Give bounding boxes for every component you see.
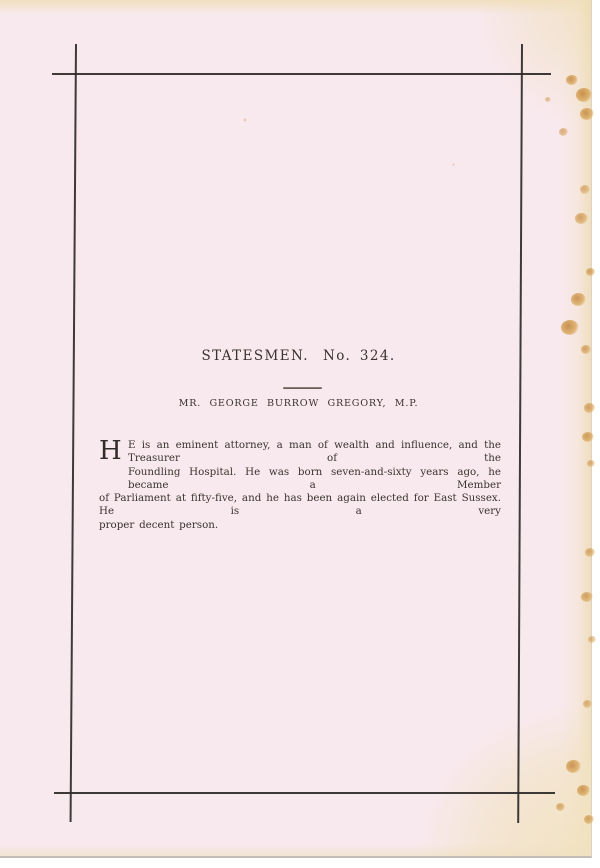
foxing-stain: [545, 97, 551, 102]
paragraph-line: E is an eminent attorney, a man of wealt…: [99, 439, 501, 466]
foxing-stain: [587, 460, 595, 467]
paper-bottom-edge: [0, 844, 591, 856]
foxing-stain: [588, 636, 596, 643]
subject-name: MR. GEORGE BURROW GREGORY, M.P.: [75, 398, 522, 409]
foxing-stain: [576, 88, 592, 102]
frame-bottom-rule: [54, 792, 555, 794]
foxing-stain: [584, 403, 595, 413]
foxing-stain: [583, 700, 592, 708]
foxing-stain: [559, 128, 568, 136]
foxing-stain: [575, 213, 588, 224]
foxing-stain: [566, 760, 581, 773]
foxing-stain: [585, 548, 595, 557]
paper-speck: [243, 118, 247, 122]
scanned-page: STATESMEN.No. 324. MR. GEORGE BURROW GRE…: [0, 0, 592, 858]
series-number: No. 324.: [323, 348, 396, 364]
paragraph-line: proper decent person.: [99, 519, 501, 532]
paragraph-line: Foundling Hospital. He was born seven-an…: [99, 466, 501, 493]
series-title: STATESMEN.: [201, 348, 309, 364]
foxing-stain: [577, 785, 590, 796]
paragraph-line: of Parliament at fifty-five, and he has …: [99, 492, 501, 519]
foxing-stain: [580, 185, 590, 194]
paper-speck: [452, 163, 455, 166]
foxing-stain: [566, 75, 578, 85]
foxing-stain: [582, 432, 594, 442]
foxing-stain: [581, 592, 593, 602]
frame-top-rule: [52, 73, 551, 75]
paper-bottom-right-toning: [421, 706, 591, 856]
foxing-stain: [561, 320, 579, 335]
foxing-stain: [556, 803, 565, 811]
foxing-stain: [581, 345, 591, 354]
heading-divider-rule: [283, 387, 322, 389]
caption-paragraph: H E is an eminent attorney, a man of wea…: [99, 439, 501, 532]
foxing-stain: [571, 293, 586, 306]
foxing-stain: [580, 108, 594, 120]
plate-heading: STATESMEN.No. 324.: [75, 348, 522, 364]
scan-canvas: { "document": { "series_title": "STATESM…: [0, 0, 600, 868]
foxing-stain: [586, 268, 595, 276]
dropcap-letter: H: [99, 439, 122, 463]
foxing-stain: [584, 815, 594, 824]
frame-left-rule: [70, 44, 77, 822]
